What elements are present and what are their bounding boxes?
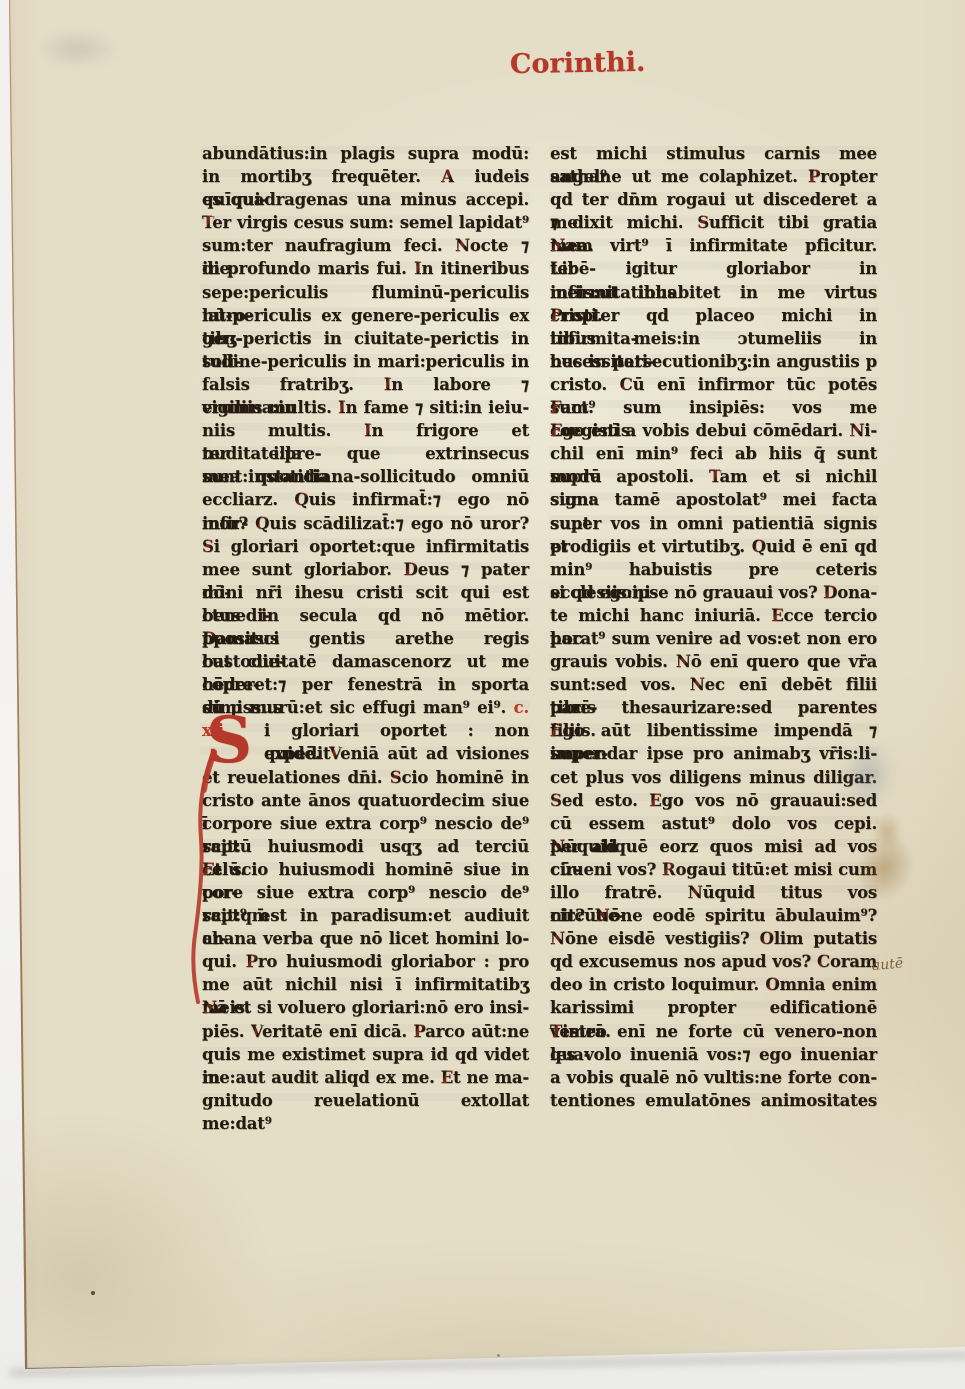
- text-line: si qd egoipse nō grauaui vos? Dona-: [550, 581, 877, 604]
- running-title: Corinthi.: [510, 47, 646, 80]
- text-line: sunt:sed vos. Nec enī debēt filii parē-: [550, 673, 877, 696]
- text-line: quis me existimet supra id qd videt in: [202, 1043, 529, 1066]
- text-line: es quadragenas una minus accepi.: [202, 188, 529, 211]
- text-line: Nā et si voluero gloriari:nō ero insi-: [202, 996, 529, 1019]
- text-line: deo in cristo loquimur. Omnia enim: [550, 973, 877, 996]
- text-line: cristo ante ānos quatuordecim siue ī: [202, 789, 529, 812]
- text-line: illo fratrē. Nūquid titus vos circūue-: [550, 881, 877, 904]
- text-line: super vos in omni patientiā signis et: [550, 512, 877, 535]
- page-edge-left: [7, 0, 27, 1381]
- text-line: prodigiis et virtutibʒ. Quid ē enī qd: [550, 535, 877, 558]
- manuscript-scan: Corinthi. S abundātius:in plagis supra m…: [0, 0, 965, 1389]
- ink-speck: [497, 1354, 500, 1357]
- pencil-smudge: [34, 30, 120, 68]
- text-line: niis multis. In frigore et nuditate:pre-: [202, 419, 529, 442]
- text-line: parat⁹ sum venire ad vos:et non ero: [550, 627, 877, 650]
- text-line: ter igitur gloriabor in infirmitatibus: [550, 257, 877, 280]
- text-line: ⁊ dixit michi. Sufficit tibi gratia mea.: [550, 211, 877, 234]
- text-line: mee sunt gloriabor. Deus ⁊ pater dō-: [202, 558, 529, 581]
- text-line: Ego enī a vobis debui cōmēdari. Ni-: [550, 419, 877, 442]
- text-line: Propter qd placeo michi in infirmita-: [550, 304, 877, 327]
- text-line: tudine-periculis in mari:periculis in: [202, 350, 529, 373]
- text-line: min⁹ habuistis pre ceteris ecclesiis:ni-: [550, 558, 877, 581]
- text-line: mor? Quis scādilizat̄:⁊ ego nō uror?: [202, 512, 529, 535]
- text-line: in profundo maris fui. In itineribus: [202, 257, 529, 280]
- text-line: Et scio huiusmodi hominē siue in cor-: [202, 858, 529, 881]
- text-line: bat ciuitatē damascenorz ut me cōpre-: [202, 650, 529, 673]
- text-line: cūueni vos? Rogaui titū:et misi cum: [550, 858, 877, 881]
- text-line: falsis fratribʒ. In labore ⁊ erumna:in: [202, 373, 529, 396]
- text-line: les volo inueniā vos:⁊ ego inueniar: [550, 1043, 877, 1066]
- text-line: Timeo enī ne forte cū venero-non qua-: [550, 1020, 877, 1043]
- text-line: corpore siue extra corp⁹ nescio de⁹ scit…: [202, 812, 529, 835]
- text-line: Ter virgis cesus sum: semel lapidat⁹: [202, 211, 529, 234]
- margin-note: autē: [865, 955, 903, 974]
- text-line: ppositus gentis arethe regis custodie-: [202, 627, 529, 650]
- text-line: tibʒ-perictis in ciuitate-perictis in so…: [202, 327, 529, 350]
- text-line: impendar ipse pro animabʒ vr̄is:li-: [550, 742, 877, 765]
- text-line: piēs. Veritatē enī dicā. Parco aūt:ne: [202, 1020, 529, 1043]
- parchment-page: Corinthi. S abundātius:in plagis supra m…: [0, 0, 965, 1389]
- text-line: gnitudo reuelationū extollat me:dat⁹: [202, 1089, 529, 1112]
- text-line: rapt⁹ est in paradisum:et audiuit ar-: [202, 904, 529, 927]
- text-line: mea quotidiana-sollicitudo omniū: [202, 465, 529, 488]
- text-line: abundātius:in plagis supra modū:: [202, 142, 529, 165]
- text-line: cet plus vos diligens minus diligar.: [550, 766, 877, 789]
- text-line: modū apostoli. Tam et si nichil sum:: [550, 465, 877, 488]
- text-line: sum:ter naufragium feci. Nocte ⁊ die: [202, 234, 529, 257]
- text-line: eccliarz. Quis infirmat̄:⁊ ego nō infir-: [202, 488, 529, 511]
- text-line: a vobis qualē nō vultis:ne forte con-: [550, 1066, 877, 1089]
- text-line: nit? Nōne eodē spiritu ābulauim⁹?: [550, 904, 877, 927]
- text-line: Ego aūt libentissime impendā ⁊ super-: [550, 719, 877, 742]
- text-column-right: est michi stimulus carnis mee angel⁹sath…: [550, 142, 877, 1112]
- text-line: cristo. Cū enī infirmor tūc potēs sum.: [550, 373, 877, 396]
- text-line: ter illa que extrinsecus sunt:instantia: [202, 442, 529, 465]
- foxing-stain: [872, 812, 902, 852]
- text-line: Sed esto. Ego vos nō grauaui:sed: [550, 789, 877, 812]
- text-line: Nōne eisdē vestigiis? Olim putatis: [550, 927, 877, 950]
- text-line: meis:ut inhabitet in me virtus cristi.: [550, 281, 877, 304]
- text-line: nū-periculis ex genere-periculis ex gen-: [202, 304, 529, 327]
- text-line: me:aut audit aliqd ex me. Et ne ma-: [202, 1066, 529, 1089]
- text-line: Si gloriari oportet:que infirmitatis: [202, 535, 529, 558]
- text-line: sathane ut me colaphizet. Propter: [550, 165, 877, 188]
- text-line: chana verba que nō licet homini lo-: [202, 927, 529, 950]
- text-line: me aūt nichil nisi ī infirmitatibʒ meis.: [202, 973, 529, 996]
- text-line: tibus thesaurizare:sed parentes filiis.: [550, 696, 877, 719]
- ink-speck: [91, 1291, 95, 1295]
- text-line: signa tamē apostolat⁹ mei facta sunt: [550, 488, 877, 511]
- text-line: mini nr̄i ihesu cristi scit qui est bene…: [202, 581, 529, 604]
- text-line: vigiliis multis. In fame ⁊ siti:in ieiu-: [202, 396, 529, 419]
- text-line: ctus in secula qd nō mētior. Damasci: [202, 604, 529, 627]
- text-line: qd ter dn̄m rogaui ut discederet a me:: [550, 188, 877, 211]
- text-line: qui. Pro huiusmodi gloriabor : pro: [202, 950, 529, 973]
- pen-flourish-icon: [190, 750, 220, 1010]
- text-line: pore siue extra corp⁹ nescio de⁹ scit:qm…: [202, 881, 529, 904]
- text-line: in mortibʒ frequēter. A iudeis quīqui-: [202, 165, 529, 188]
- text-line: sepe:periculis fluminū-periculis latro-: [202, 281, 529, 304]
- text-line: est michi stimulus carnis mee angel⁹: [550, 142, 877, 165]
- text-line: hēderet:⁊ per fenestrā in sporta dimissu…: [202, 673, 529, 696]
- text-line: cū essem astut⁹ dolo vos cepi. Nūquid: [550, 812, 877, 835]
- text-line: raptū huiusmodi usqʒ ad terciū celū.: [202, 835, 529, 858]
- text-line: per aliquē eorz quos misi ad vos cir-: [550, 835, 877, 858]
- text-line: Fact⁹ sum insipiēs: vos me coegistis.: [550, 396, 877, 419]
- text-line: karissimi propter edificationē vestrā.: [550, 996, 877, 1019]
- text-line: bus in persecutionibʒ:in angustiis p: [550, 350, 877, 373]
- text-line: qd excusemus nos apud vos? Coram: [550, 950, 877, 973]
- text-line: tentiones emulatōnes animositates: [550, 1089, 877, 1112]
- text-line: grauis vobis. Nō enī quero que vr̄a: [550, 650, 877, 673]
- text-line: tibus meis:in ɔtumeliis in necessitati-: [550, 327, 877, 350]
- text-line: Nam virt⁹ ī infirmitate pficitur. Libē-: [550, 234, 877, 257]
- text-column-left: S abundātius:in plagis supra modū:in mor…: [202, 142, 529, 1112]
- text-line: chil enī min⁹ feci ab hiis q̄ sunt supra: [550, 442, 877, 465]
- ink-smudge-stain: [842, 742, 894, 806]
- text-line: te michi hanc iniuriā. Ecce tercio hoc: [550, 604, 877, 627]
